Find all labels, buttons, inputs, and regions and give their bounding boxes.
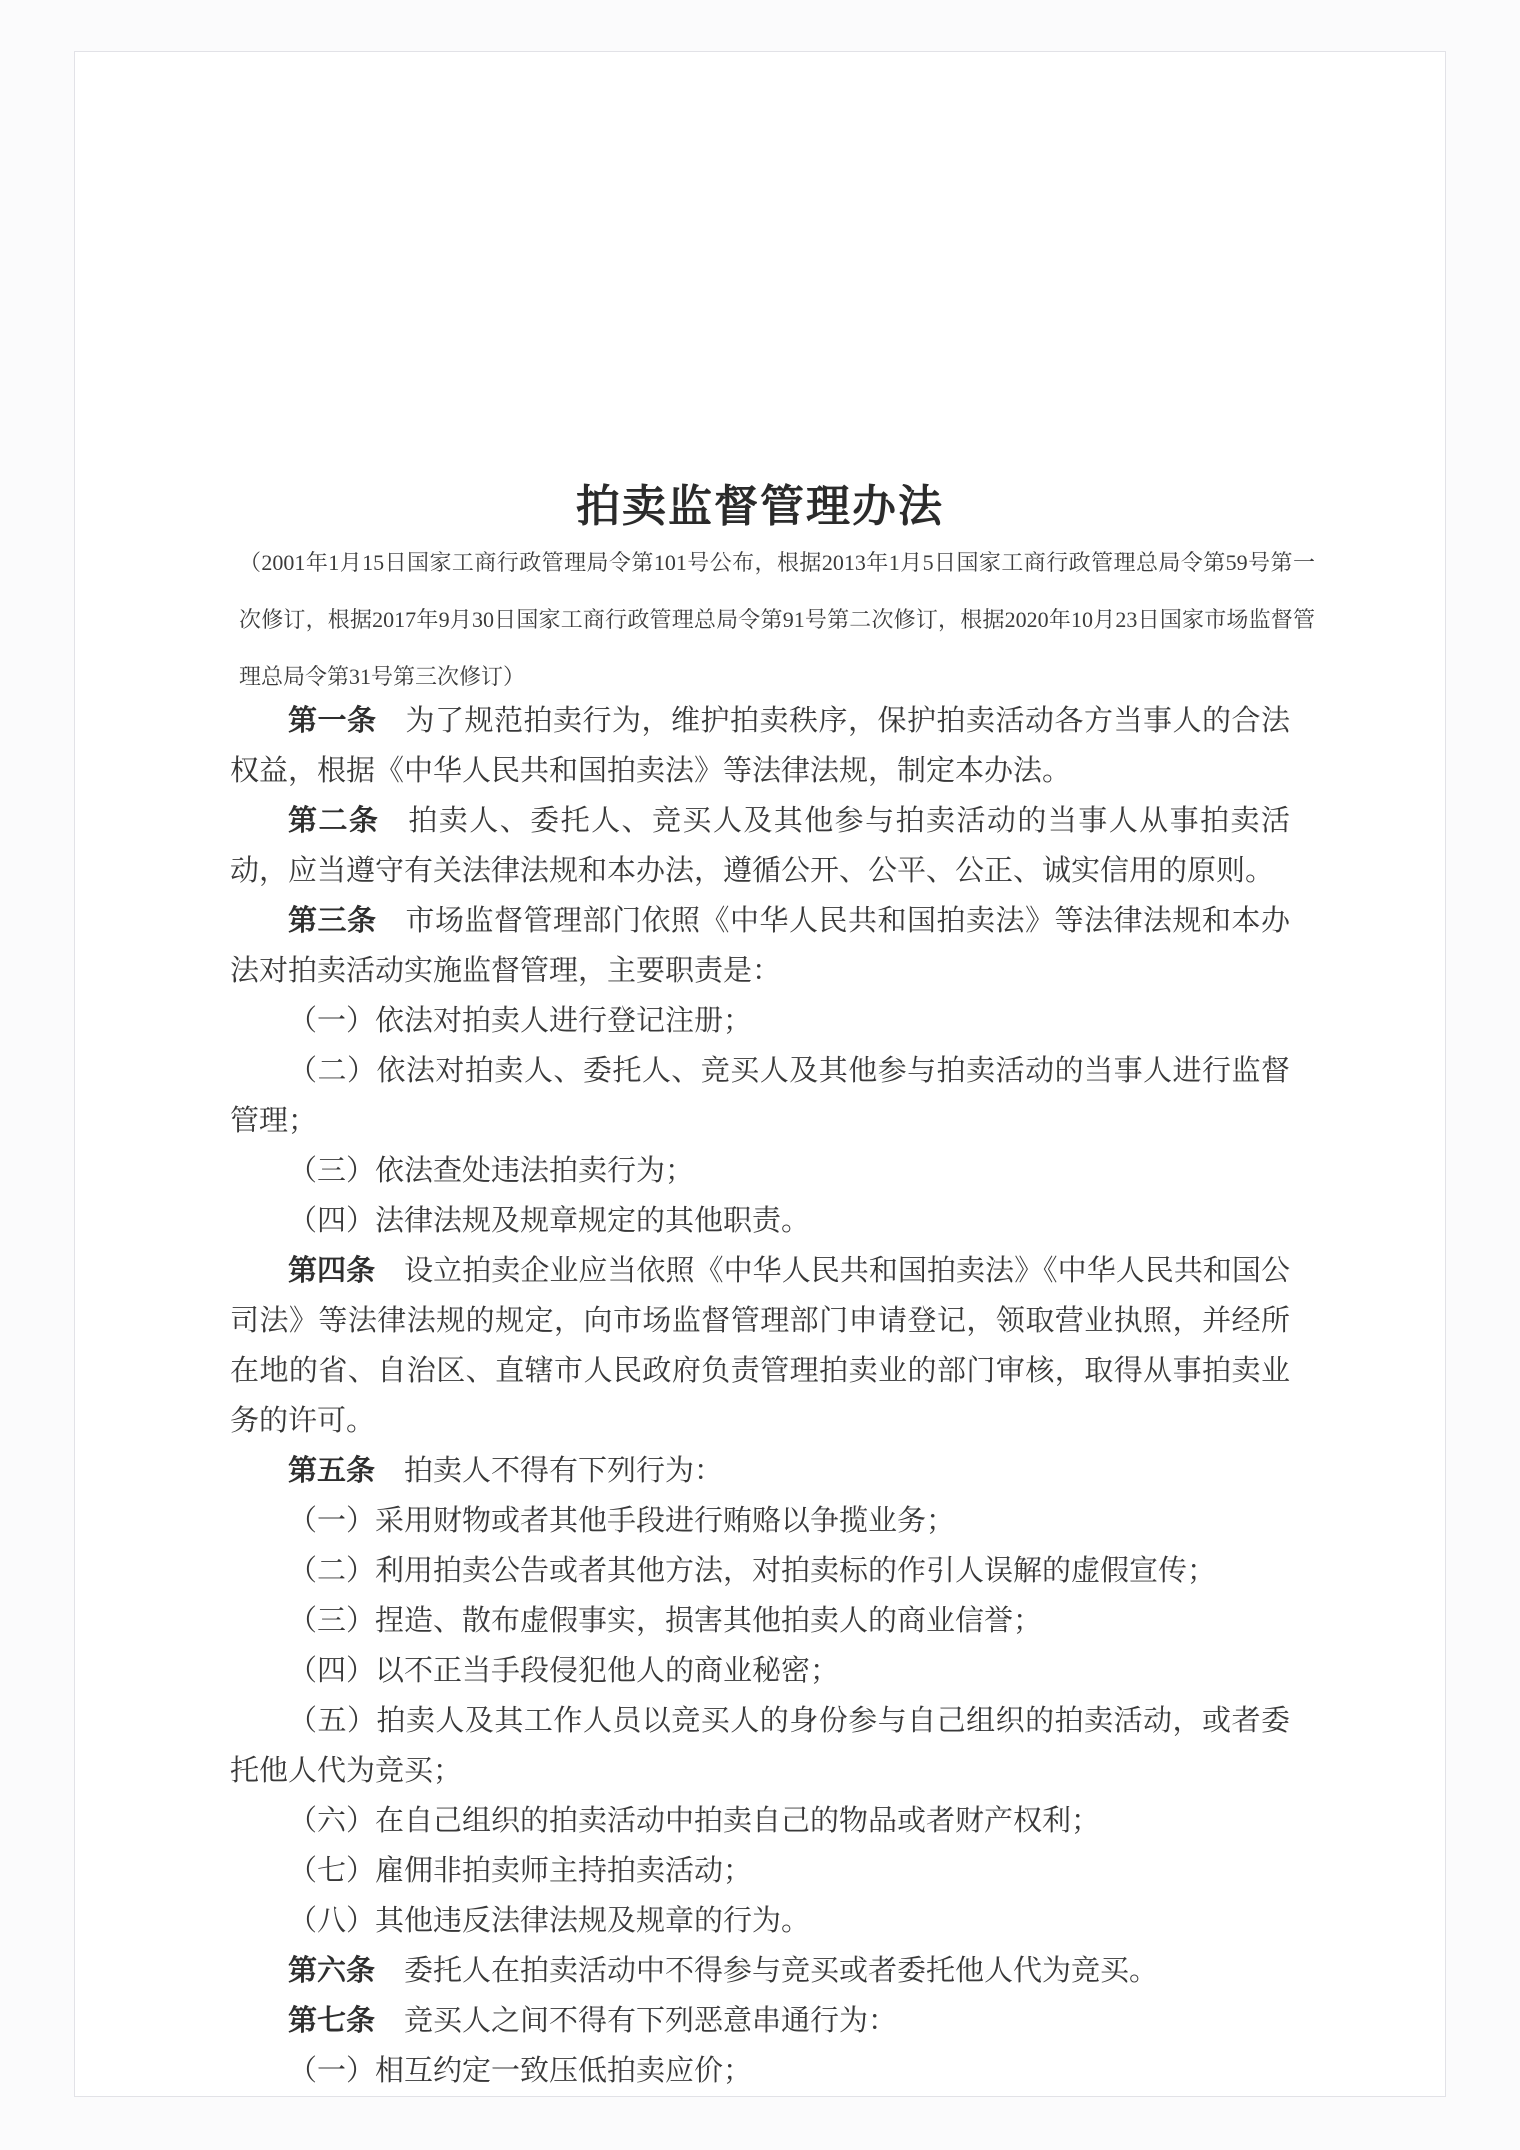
document-page: 拍卖监督管理办法 （2001年1月15日国家工商行政管理局令第101号公布，根据… bbox=[74, 51, 1446, 2097]
paragraph: （三）捏造、散布虚假事实，损害其他拍卖人的商业信誉； bbox=[230, 1596, 1290, 1646]
paragraph-text: （二）利用拍卖公告或者其他方法，对拍卖标的作引人误解的虚假宣传； bbox=[288, 1555, 1216, 1587]
paragraph: 第六条委托人在拍卖活动中不得参与竞买或者委托他人代为竞买。 bbox=[230, 1946, 1290, 1996]
paragraph-text: 竞买人之间不得有下列恶意串通行为： bbox=[404, 2005, 897, 2037]
article-number: 第一条 bbox=[288, 705, 377, 737]
article-number: 第四条 bbox=[288, 1255, 375, 1287]
paragraph: （二）利用拍卖公告或者其他方法，对拍卖标的作引人误解的虚假宣传； bbox=[230, 1546, 1290, 1596]
paragraph-text: （六）在自己组织的拍卖活动中拍卖自己的物品或者财产权利； bbox=[288, 1805, 1100, 1837]
paragraph: （三）依法查处违法拍卖行为； bbox=[230, 1146, 1290, 1196]
paragraph-text: （五）拍卖人及其工作人员以竞买人的身份参与自己组织的拍卖活动，或者委托他人代为竞… bbox=[230, 1705, 1290, 1787]
paragraph-text: 为了规范拍卖行为，维护拍卖秩序，保护拍卖活动各方当事人的合法权益，根据《中华人民… bbox=[230, 705, 1290, 787]
paragraph-text: （一）相互约定一致压低拍卖应价； bbox=[288, 2055, 752, 2087]
paragraph-text: （四）以不正当手段侵犯他人的商业秘密； bbox=[288, 1655, 839, 1687]
paragraph-text: （二）依法对拍卖人、委托人、竞买人及其他参与拍卖活动的当事人进行监督管理； bbox=[230, 1055, 1290, 1137]
paragraph-text: （七）雇佣非拍卖师主持拍卖活动； bbox=[288, 1855, 752, 1887]
article-number: 第三条 bbox=[288, 905, 377, 937]
paragraph-text: 拍卖人不得有下列行为： bbox=[404, 1455, 723, 1487]
paragraph: （四）法律法规及规章规定的其他职责。 bbox=[230, 1196, 1290, 1246]
paragraph-text: 设立拍卖企业应当依照《中华人民共和国拍卖法》《中华人民共和国公司法》等法律法规的… bbox=[230, 1255, 1290, 1437]
paragraph-text: （一）采用财物或者其他手段进行贿赂以争揽业务； bbox=[288, 1505, 955, 1537]
paragraph: （四）以不正当手段侵犯他人的商业秘密； bbox=[230, 1646, 1290, 1696]
paragraph-text: （三）依法查处违法拍卖行为； bbox=[288, 1155, 694, 1187]
paragraph: （五）拍卖人及其工作人员以竞买人的身份参与自己组织的拍卖活动，或者委托他人代为竞… bbox=[230, 1696, 1290, 1796]
paragraph: （二）依法对拍卖人、委托人、竞买人及其他参与拍卖活动的当事人进行监督管理； bbox=[230, 1046, 1290, 1146]
paragraph: 第二条拍卖人、委托人、竞买人及其他参与拍卖活动的当事人从事拍卖活动，应当遵守有关… bbox=[230, 796, 1290, 896]
article-number: 第二条 bbox=[288, 805, 379, 837]
paragraph-text: （八）其他违反法律法规及规章的行为。 bbox=[288, 1905, 810, 1937]
paragraph: （七）雇佣非拍卖师主持拍卖活动； bbox=[230, 1846, 1290, 1896]
paragraph: 第七条竞买人之间不得有下列恶意串通行为： bbox=[230, 1996, 1290, 2046]
paragraph: （一）采用财物或者其他手段进行贿赂以争揽业务； bbox=[230, 1496, 1290, 1546]
paragraph-text: （一）依法对拍卖人进行登记注册； bbox=[288, 1005, 752, 1037]
paragraph: （八）其他违反法律法规及规章的行为。 bbox=[230, 1896, 1290, 1946]
article-number: 第五条 bbox=[288, 1455, 375, 1487]
paragraph: 第一条为了规范拍卖行为，维护拍卖秩序，保护拍卖活动各方当事人的合法权益，根据《中… bbox=[230, 696, 1290, 796]
document-body: 第一条为了规范拍卖行为，维护拍卖秩序，保护拍卖活动各方当事人的合法权益，根据《中… bbox=[230, 696, 1290, 2096]
paragraph: （一）相互约定一致压低拍卖应价； bbox=[230, 2046, 1290, 2096]
article-number: 第六条 bbox=[288, 1955, 375, 1987]
paragraph: （一）依法对拍卖人进行登记注册； bbox=[230, 996, 1290, 1046]
paragraph-text: 市场监督管理部门依照《中华人民共和国拍卖法》等法律法规和本办法对拍卖活动实施监督… bbox=[230, 905, 1290, 987]
document-title: 拍卖监督管理办法 bbox=[75, 479, 1445, 535]
paragraph: 第三条市场监督管理部门依照《中华人民共和国拍卖法》等法律法规和本办法对拍卖活动实… bbox=[230, 896, 1290, 996]
paragraph-text: （三）捏造、散布虚假事实，损害其他拍卖人的商业信誉； bbox=[288, 1605, 1042, 1637]
paragraph-text: （四）法律法规及规章规定的其他职责。 bbox=[288, 1205, 810, 1237]
paragraph-text: 委托人在拍卖活动中不得参与竞买或者委托他人代为竞买。 bbox=[404, 1955, 1158, 1987]
paragraph-text: 拍卖人、委托人、竞买人及其他参与拍卖活动的当事人从事拍卖活动，应当遵守有关法律法… bbox=[230, 805, 1290, 887]
paragraph: 第四条设立拍卖企业应当依照《中华人民共和国拍卖法》《中华人民共和国公司法》等法律… bbox=[230, 1246, 1290, 1446]
article-number: 第七条 bbox=[288, 2005, 375, 2037]
paragraph: （六）在自己组织的拍卖活动中拍卖自己的物品或者财产权利； bbox=[230, 1796, 1290, 1846]
paragraph: 第五条拍卖人不得有下列行为： bbox=[230, 1446, 1290, 1496]
document-preamble: （2001年1月15日国家工商行政管理局令第101号公布，根据2013年1月5日… bbox=[239, 534, 1315, 705]
